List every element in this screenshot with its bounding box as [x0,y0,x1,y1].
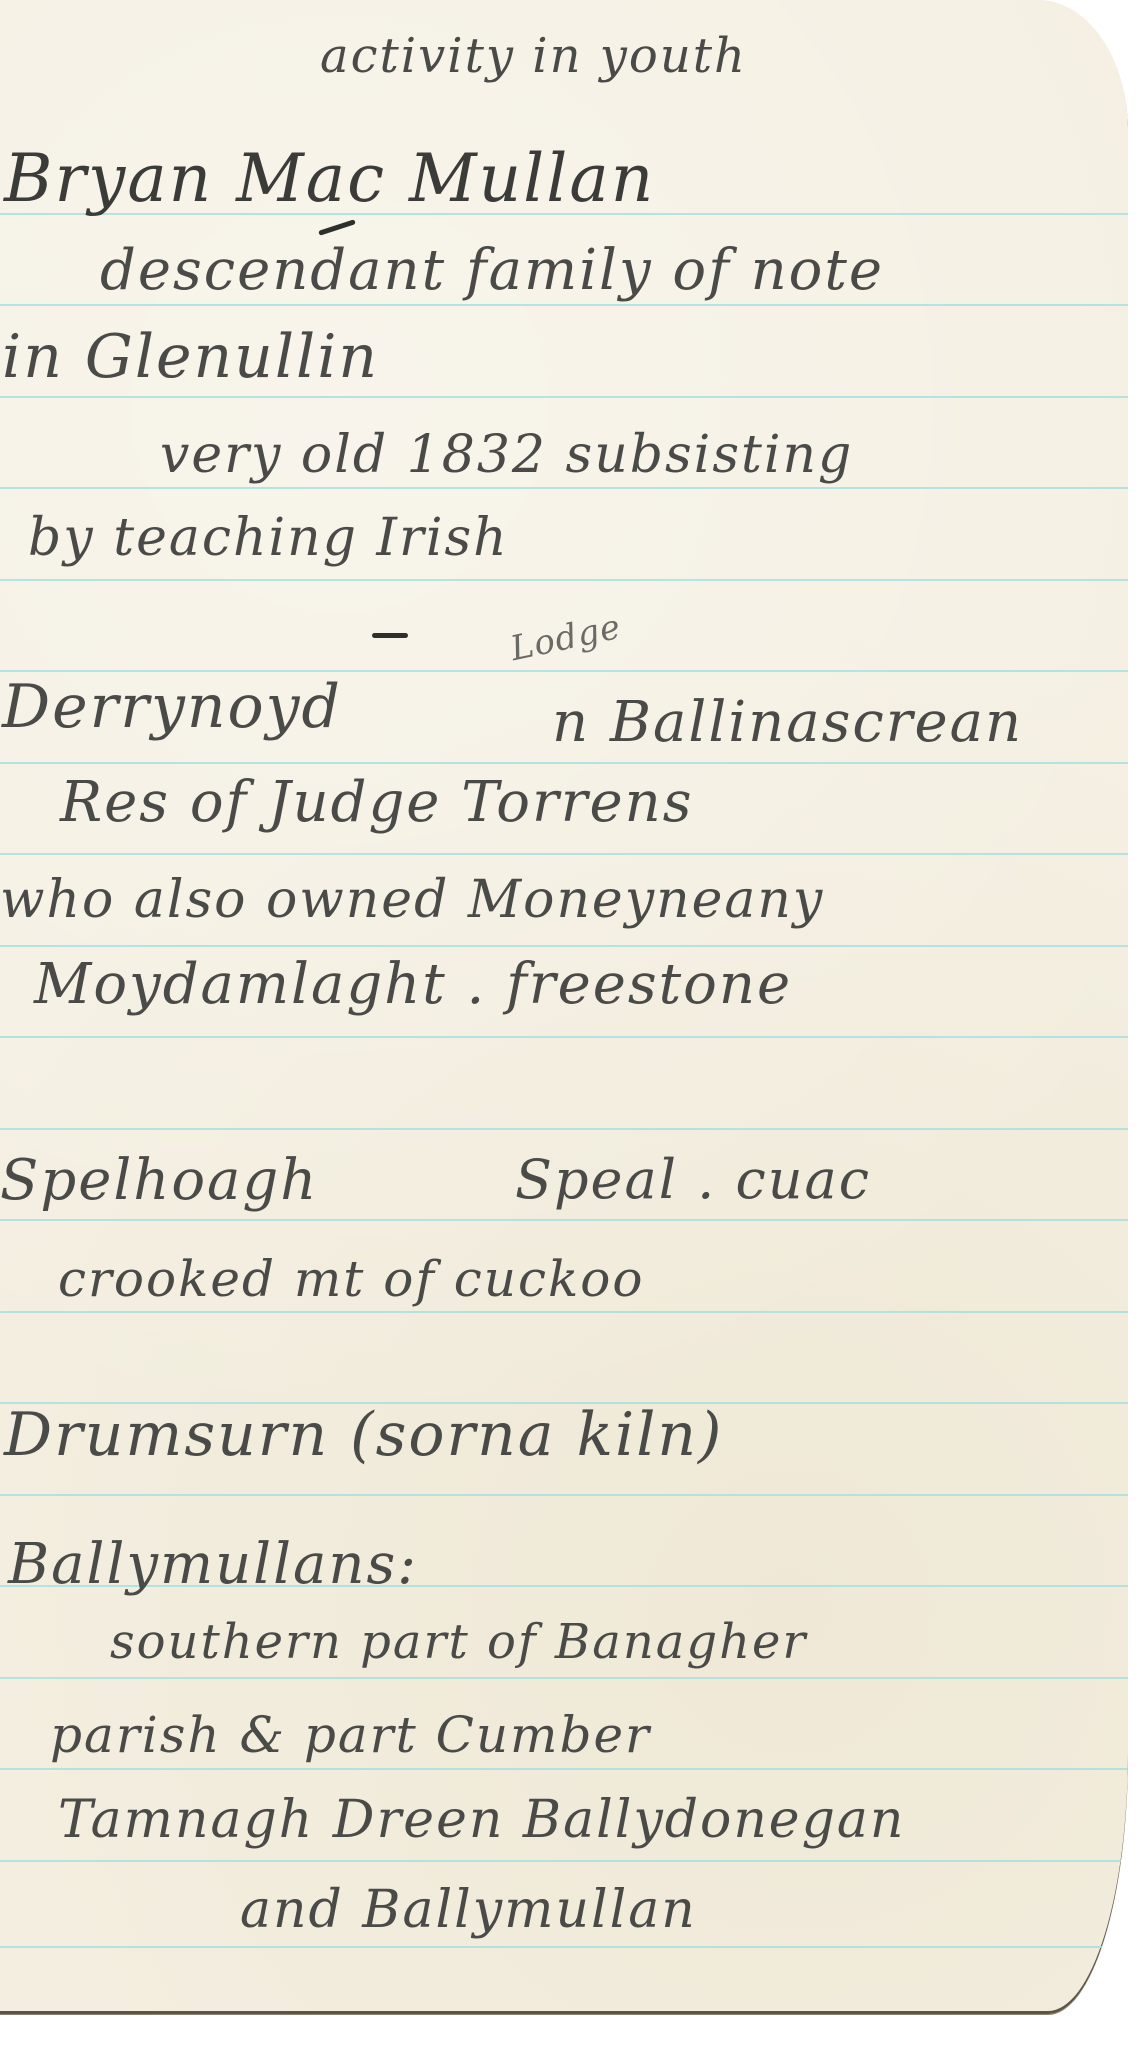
note-line: Moydamlaght . freestone [34,952,792,1017]
rule-line [0,762,1128,764]
rule-line [0,304,1128,306]
note-line: Tamnagh Dreen Ballydonegan [58,1790,905,1850]
note-line-continuation: Speal . cuac [515,1148,871,1211]
superscript-note: Lodge [507,607,625,669]
note-line-place: Ballymullans: [8,1532,418,1597]
note-line-place: Spelhoagh [0,1148,318,1213]
rule-line [0,487,1128,489]
rule-line [0,1677,1128,1679]
rule-line [0,1860,1128,1862]
note-line-place: Drumsurn (sorna kiln) [4,1400,723,1470]
note-line: in Glenullin [2,322,379,392]
rule-line [0,396,1128,398]
rule-line [0,945,1128,947]
rule-line [0,1219,1128,1221]
note-line: very old 1832 subsisting [160,425,853,485]
underline-mark [318,219,356,235]
note-line-continuation: n Ballinascrean [552,690,1023,755]
rule-line [0,579,1128,581]
note-line: parish & part Cumber [50,1706,651,1764]
note-line-name: Bryan Mac Mullan [4,140,655,217]
note-line: crooked mt of cuckoo [58,1250,645,1308]
rule-line [0,853,1128,855]
macron-mark [372,633,408,638]
rule-line [0,1311,1128,1313]
rule-line [0,1128,1128,1130]
note-header: activity in youth [320,28,747,84]
note-line-place: Derrynoyd [2,672,342,742]
rule-line [0,1768,1128,1770]
rule-line [0,1946,1128,1948]
note-line: by teaching Irish [28,508,509,568]
note-line: Res of Judge Torrens [60,770,693,835]
rule-line [0,1036,1128,1038]
note-line: and Ballymullan [240,1880,697,1940]
note-line: southern part of Banagher [110,1614,807,1670]
notebook-page: activity in youth Bryan Mac Mullan desce… [0,0,1128,2014]
note-line: who also owned Moneyneany [0,870,824,930]
rule-line [0,1494,1128,1496]
note-line: descendant family of note [100,238,884,303]
